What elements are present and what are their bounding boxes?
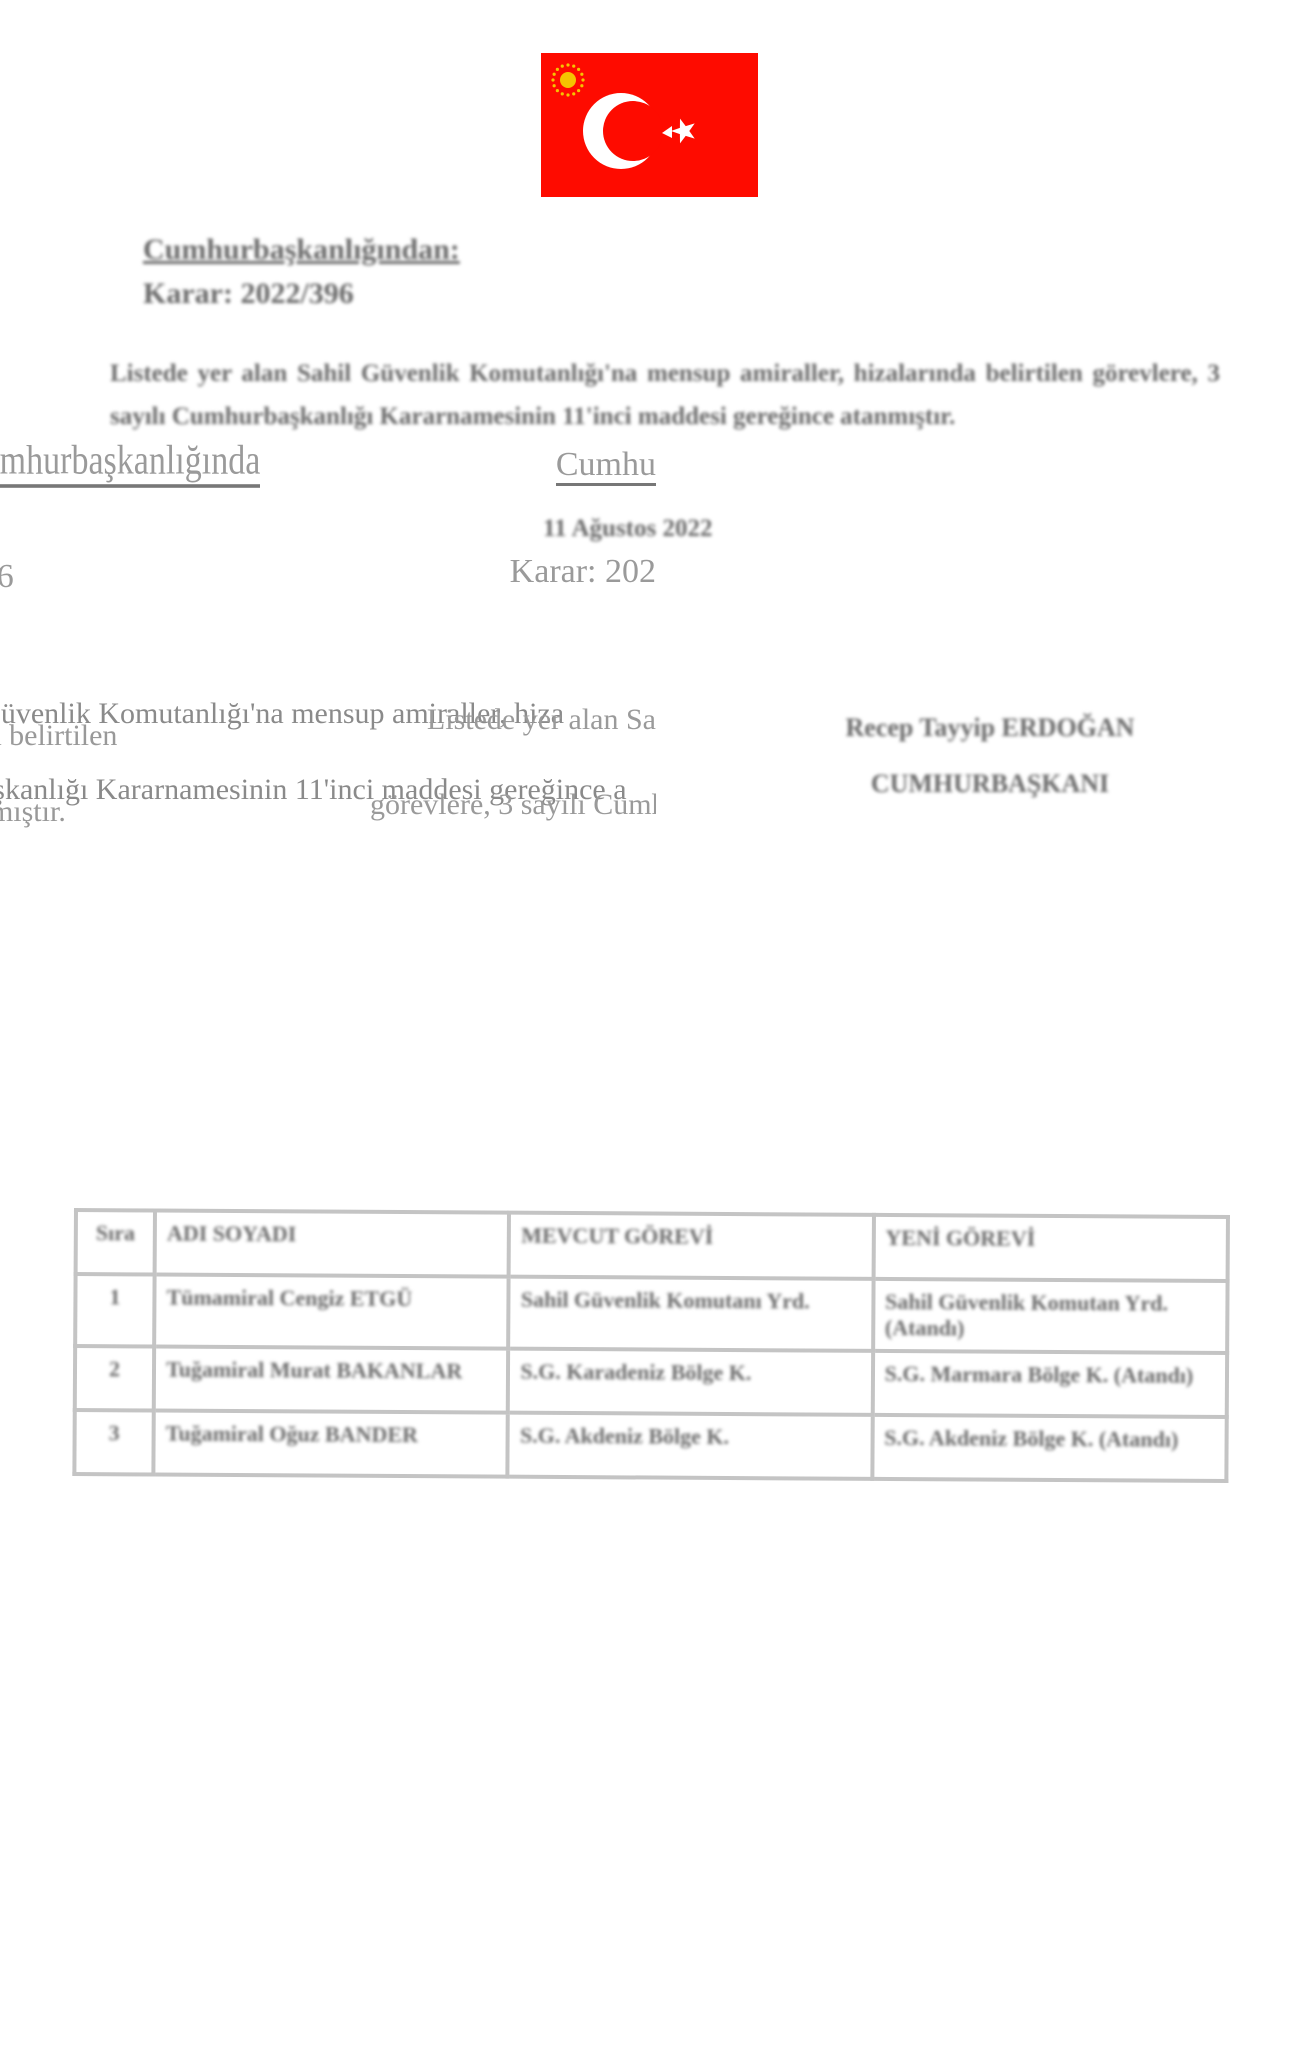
row-new-position: S.G. Akdeniz Bölge K. (Atandı) (884, 1425, 1214, 1453)
decision-date: 11 Ağustos 2022 (543, 515, 712, 543)
row-number: 1 (87, 1284, 142, 1310)
table-row: 1 Tümamiral Cengiz ETGÜ Sahil Güvenlik K… (75, 1274, 1227, 1353)
flag-crescent-star-icon (541, 53, 758, 197)
table-row: 3 Tuğamiral Oğuz BANDER S.G. Akdeniz Böl… (74, 1410, 1226, 1481)
signature-block: Recep Tayyip ERDOĞAN CUMHURBAŞKANI (790, 700, 1190, 812)
header-yeni-gorevi: YENİ GÖREVİ (885, 1225, 1035, 1251)
row-current-position: Sahil Güvenlik Komutanı Yrd. (521, 1287, 861, 1315)
row-new-position: S.G. Marmara Bölge K. (Atandı) (885, 1361, 1215, 1389)
decision-number: Karar: 2022/396 (143, 272, 460, 316)
row-number: 2 (87, 1356, 142, 1382)
row-name: Tuğamiral Murat BAKANLAR (166, 1357, 496, 1385)
row-name: Tuğamiral Oğuz BANDER (166, 1421, 496, 1449)
table-header-row: Sıra ADI SOYADI MEVCUT GÖREVİ YENİ GÖREV… (76, 1210, 1228, 1281)
header-sira: Sıra (96, 1220, 135, 1245)
glitch-authority-fragment: Cumhurbaşkanlığından: (0, 441, 260, 525)
row-number: 3 (87, 1420, 142, 1446)
row-new-position: Sahil Güvenlik Komutan Yrd. (Atandı) (885, 1289, 1216, 1343)
authority-title: Cumhurbaşkanlığından: (143, 228, 460, 272)
decision-body-text: Listede yer alan Sahil Güvenlik Komutanl… (110, 352, 1220, 438)
table-row: 2 Tuğamiral Murat BAKANLAR S.G. Karadeni… (75, 1346, 1227, 1417)
header-adi-soyadi: ADI SOYADI (167, 1221, 297, 1247)
appointments-table: Sıra ADI SOYADI MEVCUT GÖREVİ YENİ GÖREV… (72, 1208, 1230, 1483)
glitch-decision-short-fragment: Karar: 202 (500, 555, 656, 605)
row-name: Tümamiral Cengiz ETGÜ (166, 1285, 496, 1313)
document-heading: Cumhurbaşkanlığından: Karar: 2022/396 (143, 228, 460, 316)
glitch-decision-fragment: Karar: 2022/396 (0, 560, 90, 615)
glitch-paragraph-right-fragment-2: görevlere, 3 sayılı Cumh (370, 790, 656, 824)
glitch-paragraph-right-fragment-1: Listede yer alan Sa (410, 705, 656, 739)
row-current-position: S.G. Karadeniz Bölge K. (520, 1359, 860, 1387)
signatory-name: Recep Tayyip ERDOĞAN (790, 700, 1190, 756)
presidential-flag (541, 53, 758, 197)
row-current-position: S.G. Akdeniz Bölge K. (520, 1423, 860, 1451)
header-mevcut-gorevi: MEVCUT GÖREVİ (521, 1223, 713, 1249)
signatory-title: CUMHURBAŞKANI (790, 756, 1190, 812)
glitch-authority-short-fragment: Cumhu (540, 448, 656, 508)
